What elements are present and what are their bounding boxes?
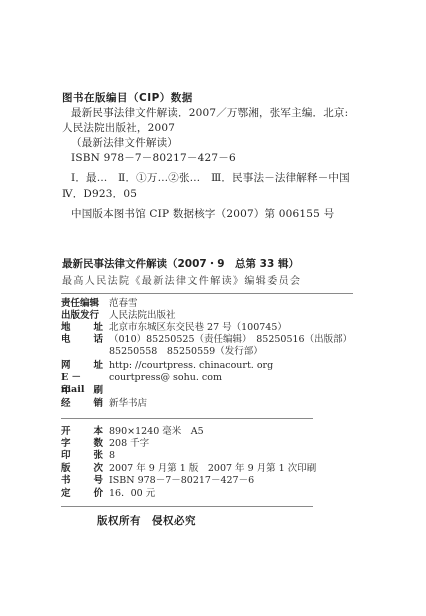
info-label: 地址 bbox=[61, 322, 105, 334]
label-text: 网 bbox=[61, 360, 71, 372]
label-text: 销 bbox=[93, 398, 103, 410]
label-text: 印 bbox=[61, 450, 71, 462]
cip-line-title: 最新民事法律文件解读．2007／万鄂湘，张军主编．北京: bbox=[71, 105, 348, 120]
label-text: 次 bbox=[93, 463, 103, 475]
label-text: 版 bbox=[61, 463, 71, 475]
info-row-word-count: 字数 208 千字 bbox=[61, 438, 149, 450]
label-text: 电 bbox=[61, 334, 71, 346]
info-value: 208 千字 bbox=[105, 438, 149, 450]
info-row-edition: 版次 2007 年 9 月第 1 版 2007 年 9 月第 1 次印刷 bbox=[61, 463, 316, 475]
info-label: 印张 bbox=[61, 450, 105, 462]
info-label bbox=[61, 346, 105, 358]
info-label: 印刷 bbox=[61, 385, 105, 397]
info-row-format: 开本 890×1240 毫米 A5 bbox=[61, 426, 204, 438]
info-value: 890×1240 毫米 A5 bbox=[105, 426, 204, 438]
info-row-email: E － mail courtpress@ sohu. com bbox=[61, 372, 222, 384]
info-value: 范春雪 bbox=[105, 298, 138, 310]
info-value: 新华书店 bbox=[105, 398, 147, 410]
info-label: E － mail bbox=[61, 372, 105, 384]
label-text: 印 bbox=[61, 385, 71, 397]
label-text: 价 bbox=[93, 488, 103, 500]
info-value bbox=[105, 385, 109, 397]
email-link: courtpress@ sohu. com bbox=[105, 372, 222, 384]
info-label: 网址 bbox=[61, 360, 105, 372]
label-text: 址 bbox=[93, 322, 103, 334]
label-text: 地 bbox=[61, 322, 71, 334]
info-value: 85250558 85250559（发行部） bbox=[105, 346, 263, 358]
cip-heading: 图书在版编目（CIP）数据 bbox=[62, 90, 193, 105]
label-text: 话 bbox=[93, 334, 103, 346]
label-text: E － mail bbox=[61, 372, 103, 384]
info-row-publisher: 出版发行 人民法院出版社 bbox=[61, 310, 176, 322]
copyright-notice: 版权所有 侵权必究 bbox=[97, 513, 196, 528]
info-label: 书号 bbox=[61, 475, 105, 487]
divider-top bbox=[61, 293, 353, 294]
label-text: 址 bbox=[93, 360, 103, 372]
info-row-isbn: 书号 ISBN 978－7－80217－427－6 bbox=[61, 475, 254, 487]
info-label: 电话 bbox=[61, 334, 105, 346]
label-text: 字 bbox=[61, 438, 71, 450]
cip-line-series: （最新法律文件解读） bbox=[71, 135, 178, 150]
info-label: 开本 bbox=[61, 426, 105, 438]
label-text: 刷 bbox=[93, 385, 103, 397]
info-label: 经销 bbox=[61, 398, 105, 410]
label-text: 张 bbox=[93, 450, 103, 462]
cip-line-isbn: ISBN 978－7－80217－427－6 bbox=[71, 150, 236, 165]
info-value: 16．00 元 bbox=[105, 488, 155, 500]
label-text: 出版发行 bbox=[61, 310, 99, 322]
cip-line-publisher: 人民法院出版社，2007 bbox=[62, 120, 175, 135]
info-value: 人民法院出版社 bbox=[105, 310, 176, 322]
info-value: 8 bbox=[105, 450, 115, 462]
divider-bottom bbox=[61, 506, 313, 507]
info-value: 北京市东城区东交民巷 27 号（100745） bbox=[105, 322, 287, 334]
info-row-price: 定价 16．00 元 bbox=[61, 488, 155, 500]
info-label: 出版发行 bbox=[61, 310, 105, 322]
label-text: 书 bbox=[61, 475, 71, 487]
website-link: http: //courtpress. chinacourt. org bbox=[105, 360, 273, 372]
info-value: （010）85250525（责任编辑） 85250516（出版部） bbox=[105, 334, 352, 346]
editorial-committee: 最高人民法院《最新法律文件解读》编辑委员会 bbox=[62, 272, 301, 287]
info-label: 定价 bbox=[61, 488, 105, 500]
cip-line-classification: Ⅳ．D923．05 bbox=[62, 186, 137, 201]
info-label: 版次 bbox=[61, 463, 105, 475]
info-label: 字数 bbox=[61, 438, 105, 450]
journal-title: 最新民事法律文件解读（2007・9 总第 33 辑） bbox=[62, 256, 299, 271]
info-label: 责任编辑 bbox=[61, 298, 105, 310]
info-row-editor: 责任编辑 范春雪 bbox=[61, 298, 138, 310]
label-text: 责任编辑 bbox=[61, 298, 99, 310]
info-row-website: 网址 http: //courtpress. chinacourt. org bbox=[61, 360, 273, 372]
info-row-distributor: 经销 新华书店 bbox=[61, 398, 147, 410]
label-text: 经 bbox=[61, 398, 71, 410]
info-row-sheets: 印张 8 bbox=[61, 450, 115, 462]
info-value: 2007 年 9 月第 1 版 2007 年 9 月第 1 次印刷 bbox=[105, 463, 316, 475]
info-row-phone: 电话 （010）85250525（责任编辑） 85250516（出版部） bbox=[61, 334, 352, 346]
divider-middle bbox=[61, 418, 313, 419]
label-text: 号 bbox=[93, 475, 103, 487]
info-row-printer: 印刷 bbox=[61, 385, 109, 397]
label-text: 数 bbox=[93, 438, 103, 450]
label-text: 开 bbox=[61, 426, 71, 438]
info-value: ISBN 978－7－80217－427－6 bbox=[105, 475, 254, 487]
cip-line-subjects: Ⅰ．最… Ⅱ．①万…②张… Ⅲ．民事法－法律解释－中国 bbox=[71, 170, 350, 185]
label-text: 本 bbox=[93, 426, 103, 438]
info-row-phone-cont: 85250558 85250559（发行部） bbox=[61, 346, 263, 358]
cip-line-record-number: 中国版本图书馆 CIP 数据核字（2007）第 006155 号 bbox=[71, 206, 334, 221]
info-row-address: 地址 北京市东城区东交民巷 27 号（100745） bbox=[61, 322, 287, 334]
label-text: 定 bbox=[61, 488, 71, 500]
